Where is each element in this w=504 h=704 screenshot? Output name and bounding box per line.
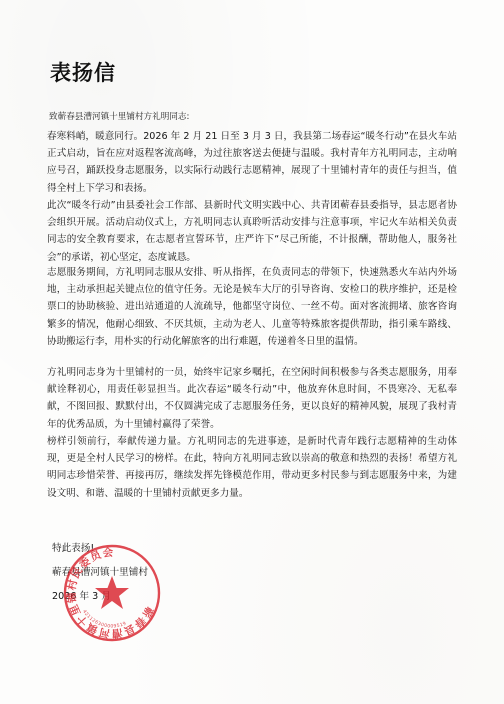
paragraph-ceremony: 此次“暖冬行动”由县委社会工作部、县新时代文明实践中心、共青团蕲春县委指导，县志… <box>47 197 457 266</box>
paragraph-service: 志愿服务期间，方礼明同志服从安排、听从指挥，在负责同志的带领下，快速熟悉火车站内… <box>47 264 457 350</box>
seal-code: 421126300009519 <box>81 609 127 630</box>
paragraph-conclusion: 榜样引领前行，奉献传递力量。方礼明同志的先进事迹，是新时代青年践行志愿精神的生动… <box>47 433 457 502</box>
closing-line: 特此表扬! <box>52 540 94 554</box>
salutation: 致蕲春县漕河镇十里铺村方礼明同志: <box>49 110 189 122</box>
letter-page: 表扬信 致蕲春县漕河镇十里铺村方礼明同志: 春寒料峭，暖意同行。2026 年 2… <box>0 0 504 704</box>
letter-date: 2026 年 3 月 <box>52 588 111 602</box>
paragraph-dedication: 方礼明同志身为十里铺村的一员，始终牢记家乡嘱托，在空闲时间积极参与各类志愿服务，… <box>47 364 457 433</box>
signer-name: 蕲春县漕河镇十里铺村 <box>52 564 148 578</box>
letter-title: 表扬信 <box>50 57 116 87</box>
paragraph-intro: 春寒料峭，暖意同行。2026 年 2 月 21 日至 3 月 3 日，我县第二场… <box>47 128 457 197</box>
svg-text:421126300009519: 421126300009519 <box>81 609 127 630</box>
